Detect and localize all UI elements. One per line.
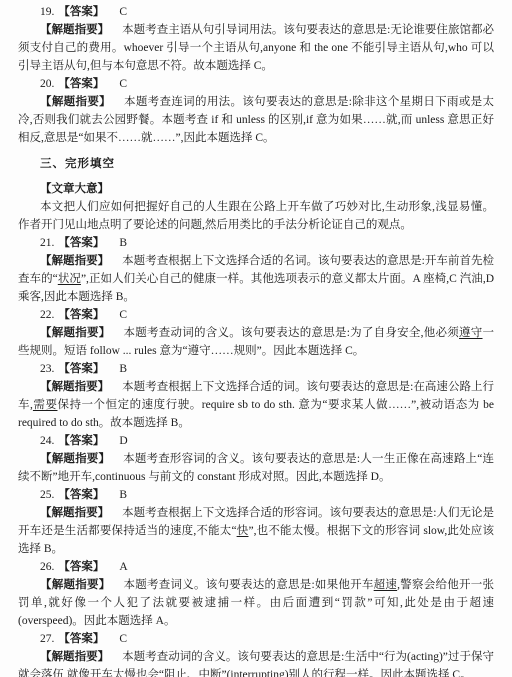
underlined-term: 快 xyxy=(237,525,249,537)
question-number: 19. xyxy=(40,6,54,18)
answer-label: 【答案】 xyxy=(58,309,104,321)
explain-label: 【解题指要】 xyxy=(40,453,110,465)
question-number: 23. xyxy=(40,363,54,375)
text-run: ”,正如人们关心自己的健康一样。其他选项表示的意义都太片面。A 座椅,C 汽油,… xyxy=(18,273,494,303)
text-run: 保持一个恒定的速度行驶。require sb to do sth. 意为“要求某… xyxy=(18,399,494,429)
q26-answer-line: 26.【答案】A xyxy=(18,558,494,576)
q19-explanation: 【解题指要】本题考查主语从句引导词用法。该句要表达的意思是:无论谁要住旅馆都必须… xyxy=(18,21,494,75)
question-number: 27. xyxy=(40,633,54,645)
answer-label: 【答案】 xyxy=(58,561,104,573)
underlined-term: 阻止、中断 xyxy=(164,669,222,677)
question-number: 20. xyxy=(40,78,54,90)
q26-explanation: 【解题指要】本题考查词义。该句要表达的意思是:如果他开车超速,警察会给他开一张罚… xyxy=(18,576,494,630)
answer-letter: A xyxy=(119,561,127,573)
answer-letter: C xyxy=(119,633,127,645)
q20-explanation: 【解题指要】本题考查连词的用法。该句要表达的意思是:除非这个星期日下雨或是太冷,… xyxy=(18,93,494,147)
explain-label: 【解题指要】 xyxy=(40,381,109,393)
q24-answer-line: 24.【答案】D xyxy=(18,432,494,450)
text-run: 本题考查动词的含义。该句要表达的意思是:为了自身安全,他必须 xyxy=(124,327,460,339)
question-number: 25. xyxy=(40,489,54,501)
passage-summary-text: 本文把人们应如何把握好自己的人生跟在公路上开车做了巧妙对比,生动形象,浅显易懂。… xyxy=(18,198,494,234)
answer-letter: D xyxy=(119,435,127,447)
q23-explanation: 【解题指要】本题考查根据上下文选择合适的词。该句要表达的意思是:在高速公路上行车… xyxy=(18,378,494,432)
q27-answer-line: 27.【答案】C xyxy=(18,630,494,648)
q22-answer-line: 22.【答案】C xyxy=(18,306,494,324)
question-number: 21. xyxy=(40,237,54,249)
text-run: ”(interrupting)别人的行程一样。因此本题选择 C。 xyxy=(221,669,471,677)
q21-answer-line: 21.【答案】B xyxy=(18,234,494,252)
section-heading-cloze: 三、完形填空 xyxy=(18,155,494,173)
question-number: 26. xyxy=(40,561,54,573)
underlined-term: 状况 xyxy=(58,273,81,285)
q24-explanation: 【解题指要】本题考查形容词的含义。该句要表达的意思是:人一生正像在高速路上“连续… xyxy=(18,450,494,486)
q22-explanation: 【解题指要】本题考查动词的含义。该句要表达的意思是:为了自身安全,他必须遵守一些… xyxy=(18,324,494,360)
underlined-term: 超速 xyxy=(374,579,398,591)
answer-label: 【答案】 xyxy=(58,237,104,249)
answer-label: 【答案】 xyxy=(58,363,104,375)
answer-letter: C xyxy=(119,78,127,90)
q20-answer-line: 20.【答案】C xyxy=(18,75,494,93)
q21-explanation: 【解题指要】本题考查根据上下文选择合适的名词。该句要表达的意思是:开车前首先检查… xyxy=(18,252,494,306)
answer-letter: B xyxy=(119,363,127,375)
underlined-term: 遵守 xyxy=(459,327,483,339)
answer-letter: B xyxy=(119,489,127,501)
q25-answer-line: 25.【答案】B xyxy=(18,486,494,504)
passage-summary-label: 【文章大意】 xyxy=(18,180,494,198)
explain-label: 【解题指要】 xyxy=(40,255,109,267)
explain-label: 【解题指要】 xyxy=(40,507,109,519)
explain-label: 【解题指要】 xyxy=(40,96,111,108)
answer-label: 【答案】 xyxy=(58,435,104,447)
question-number: 22. xyxy=(40,309,54,321)
q19-answer-line: 19.【答案】C xyxy=(18,3,494,21)
explain-label: 【解题指要】 xyxy=(40,24,109,36)
question-number: 24. xyxy=(40,435,54,447)
underlined-term: 需要 xyxy=(33,399,58,411)
answer-label: 【答案】 xyxy=(58,78,104,90)
answer-label: 【答案】 xyxy=(58,633,104,645)
scanned-answer-page: 19.【答案】C 【解题指要】本题考查主语从句引导词用法。该句要表达的意思是:无… xyxy=(0,0,512,677)
text-run: 本文把人们应如何把握好自己的人生跟在公路上开车做了巧妙对比,生动形象,浅显易懂。… xyxy=(18,201,494,231)
explain-label: 【解题指要】 xyxy=(40,579,111,591)
text-run: 本题考查词义。该句要表达的意思是:如果他开车 xyxy=(124,579,374,591)
answer-label: 【答案】 xyxy=(58,489,104,501)
summary-text: 本文把人们应如何把握好自己的人生跟在公路上开车做了巧妙对比,生动形象,浅显易懂。… xyxy=(18,201,494,231)
answer-letter: B xyxy=(119,237,127,249)
q27-explanation: 【解题指要】本题考查动词的含义。该句要表达的意思是:生活中“行为(acting)… xyxy=(18,648,494,677)
answer-label: 【答案】 xyxy=(58,6,104,18)
explain-label: 【解题指要】 xyxy=(40,327,111,339)
answer-letter: C xyxy=(119,6,127,18)
q25-explanation: 【解题指要】本题考查根据上下文选择合适的形容词。该句要表达的意思是:人们无论是开… xyxy=(18,504,494,558)
explain-label: 【解题指要】 xyxy=(40,651,109,663)
answer-letter: C xyxy=(119,309,127,321)
q23-answer-line: 23.【答案】B xyxy=(18,360,494,378)
